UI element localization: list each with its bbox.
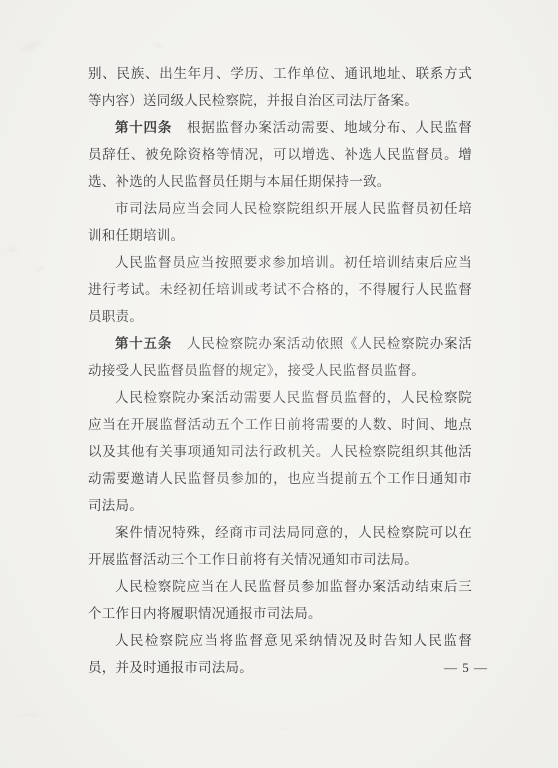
paragraph: 人民检察院应当在人民监督员参加监督办案活动结束后三个工作日内将履职情况通报市司法…	[88, 573, 472, 627]
scan-artifact	[12, 712, 46, 718]
paragraph: 人民监督员应当按照要求参加培训。初任培训结束后应当进行考试。未经初任培训或考试不…	[88, 249, 472, 330]
document-page: 别、民族、出生年月、学历、工作单位、通讯地址、联系方式等内容）送同级人民检察院，…	[0, 0, 558, 768]
scan-artifact	[149, 40, 167, 52]
paragraph: 第十四条根据监督办案活动需要、地域分布、人民监督员辞任、被免除资格等情况，可以增…	[88, 114, 472, 195]
article-number: 第十四条	[115, 120, 172, 135]
scan-artifact	[33, 263, 46, 274]
paragraph-text: 人民监督员应当按照要求参加培训。初任培训结束后应当进行考试。未经初任培训或考试不…	[88, 255, 472, 324]
paragraph-text: 案件情况特殊，经商市司法局同意的，人民检察院可以在开展监督活动三个工作日前将有关…	[88, 525, 472, 567]
scan-artifact	[15, 34, 47, 58]
paragraph: 案件情况特殊，经商市司法局同意的，人民检察院可以在开展监督活动三个工作日前将有关…	[88, 519, 472, 573]
paragraph: 市司法局应当会同人民检察院组织开展人民监督员初任培训和任期培训。	[88, 195, 472, 249]
scan-artifact	[4, 246, 20, 253]
paragraph-text: 别、民族、出生年月、学历、工作单位、通讯地址、联系方式等内容）送同级人民检察院，…	[88, 66, 472, 108]
scan-artifact	[278, 726, 288, 731]
paragraph-text: 人民检察院办案活动需要人民监督员监督的，人民检察院应当在开展监督活动五个工作日前…	[88, 390, 472, 513]
document-body: 别、民族、出生年月、学历、工作单位、通讯地址、联系方式等内容）送同级人民检察院，…	[88, 60, 472, 681]
paragraph-text: 人民检察院应当将监督意见采纳情况及时告知人民监督员，并及时通报市司法局。	[88, 633, 472, 675]
article-number: 第十五条	[115, 336, 172, 351]
paragraph: 第十五条人民检察院办案活动依照《人民检察院办案活动接受人民监督员监督的规定》，接…	[88, 330, 472, 384]
paragraph-text: 人民检察院应当在人民监督员参加监督办案活动结束后三个工作日内将履职情况通报市司法…	[88, 579, 472, 621]
paragraph: 人民检察院应当将监督意见采纳情况及时告知人民监督员，并及时通报市司法局。	[88, 627, 472, 681]
paragraph: 别、民族、出生年月、学历、工作单位、通讯地址、联系方式等内容）送同级人民检察院，…	[88, 60, 472, 114]
paragraph: 人民检察院办案活动需要人民监督员监督的，人民检察院应当在开展监督活动五个工作日前…	[88, 384, 472, 519]
page-number: — 5 —	[444, 660, 488, 676]
paragraph-text: 市司法局应当会同人民检察院组织开展人民监督员初任培训和任期培训。	[88, 201, 472, 243]
